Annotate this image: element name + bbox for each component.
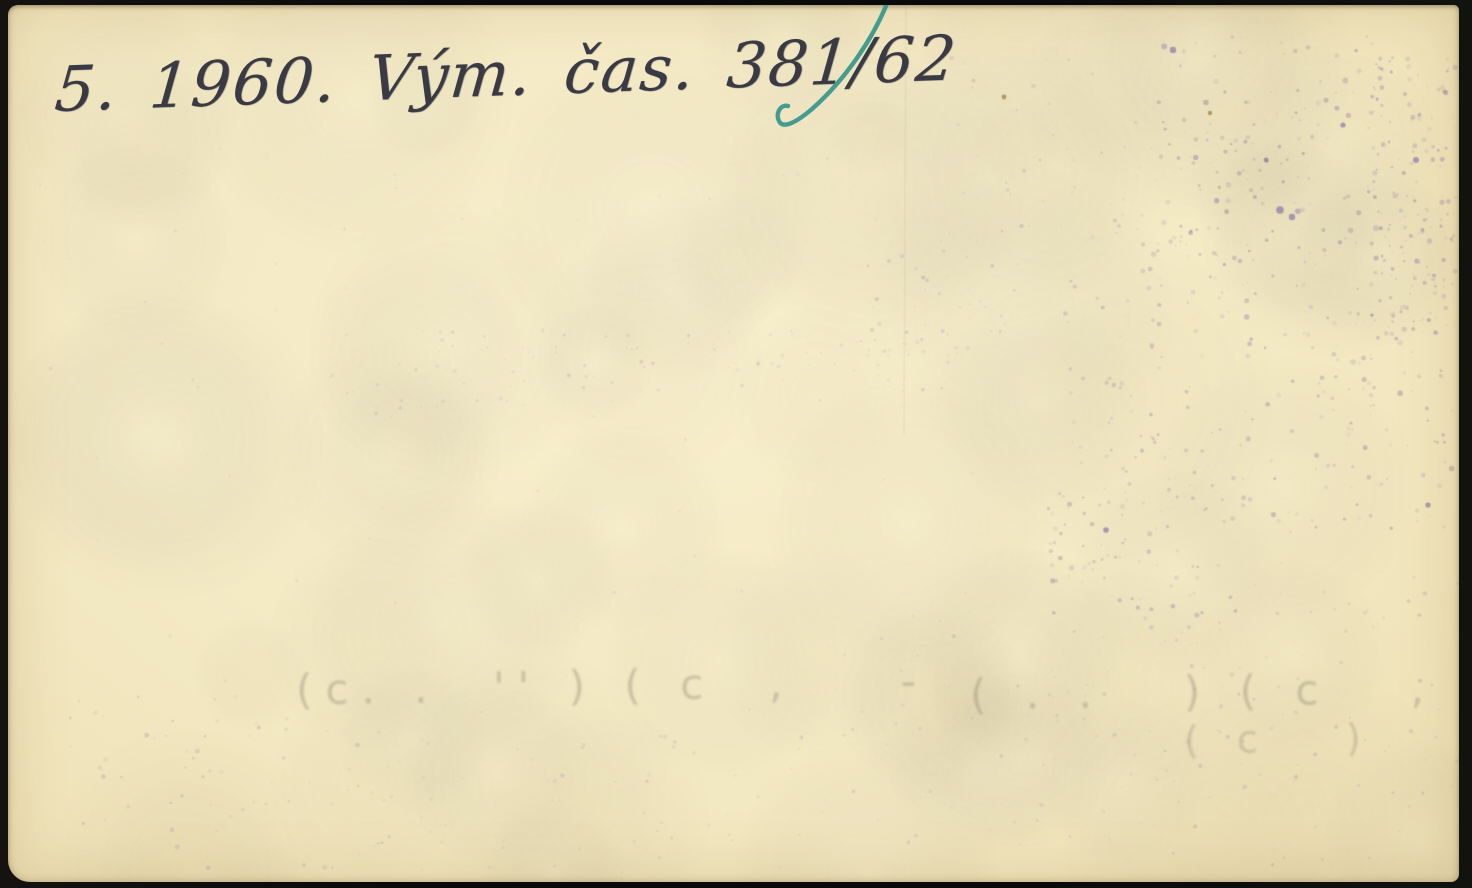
scanner-background: (c. . '' ) ( c , - ( . . ) ( c , ( c ) 5… — [0, 0, 1472, 888]
checkmark-stroke — [738, 5, 923, 160]
ghost-mark-right: ( . . ) ( c , — [970, 664, 1437, 720]
ghost-mark-right-below: ( c ) — [1184, 716, 1374, 763]
archive-card-back: (c. . '' ) ( c , - ( . . ) ( c , ( c ) 5… — [8, 5, 1459, 882]
checkmark-path — [778, 5, 888, 125]
ghost-mark-left: (c. . '' ) ( c , - — [296, 657, 929, 715]
